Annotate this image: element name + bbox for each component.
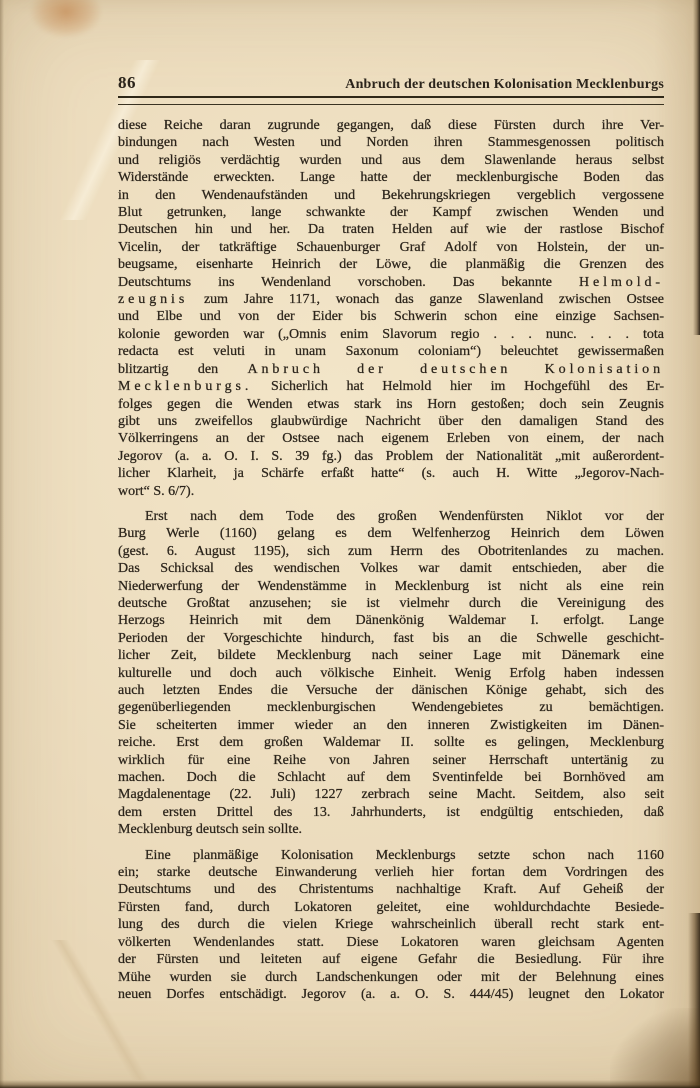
text-line: Perioden der Vorgeschichte hindurch, fas… — [118, 630, 664, 647]
text-line: lung des durch die vielen Kriege wahrsch… — [118, 916, 664, 933]
body-text: diese Reiche daran zugrunde gegangen, da… — [118, 117, 664, 1003]
text-run: Deutschtums ins Wendenland vorschoben. D… — [118, 275, 579, 290]
text-line: Jegorov (a. a. O. I. S. 39 fg.) das Prob… — [118, 448, 664, 465]
paragraph: Erst nach dem Tode des großen Wendenfürs… — [118, 508, 664, 839]
text-line: neuen Dorfes entschädigt. Jegorov (a. a.… — [118, 986, 664, 1003]
letterspaced-text-run: Anbruch der deutschen Kolonisation — [247, 362, 664, 377]
text-line: Niederwerfung der Wendenstämme in Meckle… — [118, 578, 664, 595]
text-line: reiche. Erst dem großen Waldemar II. sol… — [118, 734, 664, 751]
scan-edge-right-top — [693, 0, 700, 335]
text-line: diese Reiche daran zugrunde gegangen, da… — [118, 117, 664, 134]
text-run: (gest. 6. August 1195), sich zum Herrn d… — [118, 544, 664, 559]
page-number: 86 — [118, 73, 136, 93]
text-run: bindungen nach Westen und Norden ihren S… — [118, 135, 664, 150]
text-run: Das Schicksal des wendischen Volkes war … — [118, 561, 664, 576]
text-line: machen. Doch die Schlacht auf dem Sventi… — [118, 769, 664, 786]
text-run: und religiös verdächtig wurden und aus d… — [118, 153, 664, 168]
text-line: kolonie geworden war („Omnis enim Slavor… — [118, 326, 664, 343]
text-run: Perioden der Vorgeschichte hindurch, fas… — [118, 631, 664, 646]
text-run: redacta est veluti in unam Saxonum colon… — [118, 344, 664, 359]
text-line: gegenüberliegenden mecklenburgischen Wen… — [118, 699, 664, 716]
text-run: Mühe wurden sie durch Landschenkungen od… — [118, 970, 664, 985]
text-run: Deutschtums und des Christentums nachhal… — [118, 882, 664, 897]
text-line: Fürsten fand, durch Lokatoren geleitet, … — [118, 899, 664, 916]
paragraph: Eine planmäßige Kolonisation Mecklenburg… — [118, 847, 664, 1004]
text-run: Erst nach dem Tode des großen Wendenfürs… — [145, 509, 664, 524]
text-run: Niederwerfung der Wendenstämme in Meckle… — [118, 579, 664, 594]
letterspaced-text-run: Helmold- — [579, 275, 664, 290]
text-line: zeugnis zum Jahre 1171, wonach das ganze… — [118, 291, 664, 308]
text-run: deutsche Großtat anzusehen; sie ist viel… — [118, 596, 664, 611]
text-line: folges gegen die Wenden etwas stark ins … — [118, 396, 664, 413]
text-line: völkerten Wendenlandes statt. Diese Loka… — [118, 934, 664, 951]
text-run: Magdalenentage (22. Juli) 1227 zerbrach … — [118, 787, 664, 802]
text-line: Burg Werle (1160) gelang es dem Welfenhe… — [118, 525, 664, 542]
text-line: in den Wendenaufständen und Bekehrungskr… — [118, 187, 664, 204]
text-line: bindungen nach Westen und Norden ihren S… — [118, 134, 664, 151]
text-run: folges gegen die Wenden etwas stark ins … — [118, 397, 664, 412]
print-area: 86 Anbruch der deutschen Kolonisation Me… — [118, 73, 664, 1003]
text-run: Sie scheiterten immer wieder an den inne… — [118, 718, 664, 733]
text-run: machen. Doch die Schlacht auf dem Sventi… — [118, 770, 664, 785]
text-run: der Fürsten und leiteten auf eigene Gefa… — [118, 952, 664, 967]
text-run: zum Jahre 1171, wonach das ganze Slawenl… — [188, 292, 664, 307]
text-line: deutsche Großtat anzusehen; sie ist viel… — [118, 595, 664, 612]
text-run: licher Zeit, bildete Mecklenburg nach se… — [118, 648, 664, 663]
text-line: gibt uns zweifellos glaubwürdige Nachric… — [118, 413, 664, 430]
text-run: kolonie geworden war („Omnis enim Slavor… — [118, 327, 664, 342]
letterspaced-text-run: zeugnis — [118, 292, 188, 307]
text-line: wort“ S. 6/7). — [118, 483, 664, 500]
running-head: 86 Anbruch der deutschen Kolonisation Me… — [118, 73, 664, 93]
text-line: wirklich für eine Reihe von Jahren seine… — [118, 752, 664, 769]
text-line: Magdalenentage (22. Juli) 1227 zerbrach … — [118, 786, 664, 803]
text-line: und Elbe und von der Eider bis Schwerin … — [118, 308, 664, 325]
letterspaced-text-run: Mecklenburgs. — [118, 379, 252, 394]
text-run: wirklich für eine Reihe von Jahren seine… — [118, 753, 664, 768]
text-run: diese Reiche daran zugrunde gegangen, da… — [118, 118, 664, 133]
text-line: Vicelin, der tatkräftige Schauenburger G… — [118, 239, 664, 256]
text-line: Deutschtums und des Christentums nachhal… — [118, 881, 664, 898]
text-run: Vicelin, der tatkräftige Schauenburger G… — [118, 240, 664, 255]
text-run: Sicherlich hat Helmold hier im Hochgefüh… — [252, 379, 664, 394]
text-run: kulturelle und doch auch völkische Einhe… — [118, 666, 664, 681]
text-line: Blut getrunken, lange schwankte der Kamp… — [118, 204, 664, 221]
text-run: völkerten Wendenlandes statt. Diese Loka… — [118, 935, 664, 950]
text-run: Deutschen hin und her. Da traten Helden … — [118, 222, 664, 237]
text-line: redacta est veluti in unam Saxonum colon… — [118, 343, 664, 360]
text-run: neuen Dorfes entschädigt. Jegorov (a. a.… — [118, 987, 664, 1002]
text-run: Burg Werle (1160) gelang es dem Welfenhe… — [118, 526, 664, 541]
text-run: Eine planmäßige Kolonisation Mecklenburg… — [145, 848, 664, 863]
text-line: blitzartig den Anbruch der deutschen Kol… — [118, 361, 664, 378]
text-run: auch letzten Endes die Versuche der däni… — [118, 683, 664, 698]
text-line: Völkerringens an der Ostsee nach eigenem… — [118, 430, 664, 447]
paragraph: diese Reiche daran zugrunde gegangen, da… — [118, 117, 664, 500]
text-line: Mecklenburgs. Sicherlich hat Helmold hie… — [118, 378, 664, 395]
text-line: Sie scheiterten immer wieder an den inne… — [118, 717, 664, 734]
text-line: licher Klarheit, ja Schärfe erfaßt hatte… — [118, 465, 664, 482]
book-page-scan: 86 Anbruch der deutschen Kolonisation Me… — [0, 0, 700, 1088]
text-line: kulturelle und doch auch völkische Einhe… — [118, 665, 664, 682]
text-line: der Fürsten und leiteten auf eigene Gefa… — [118, 951, 664, 968]
text-line: beugsame, eisenharte Heinrich der Löwe, … — [118, 256, 664, 273]
text-line: ein; starke deutsche Einwanderung verlie… — [118, 864, 664, 881]
text-run: licher Klarheit, ja Schärfe erfaßt hatte… — [118, 466, 664, 481]
text-run: Fürsten fand, durch Lokatoren geleitet, … — [118, 900, 664, 915]
text-run: wort“ S. 6/7). — [118, 484, 194, 499]
scan-edge-right-bottom — [688, 913, 700, 1088]
scan-edge-bottom — [0, 1080, 700, 1088]
text-line: (gest. 6. August 1195), sich zum Herrn d… — [118, 543, 664, 560]
text-line: licher Zeit, bildete Mecklenburg nach se… — [118, 647, 664, 664]
text-run: lung des durch die vielen Kriege wahrsch… — [118, 917, 664, 932]
text-run: und Elbe und von der Eider bis Schwerin … — [118, 309, 664, 324]
text-line: Herzogs Heinrich mit dem Dänenkönig Wald… — [118, 612, 664, 629]
text-run: Mecklenburg deutsch sein sollte. — [118, 822, 302, 837]
text-line: Das Schicksal des wendischen Volkes war … — [118, 560, 664, 577]
text-run: Völkerringens an der Ostsee nach eigenem… — [118, 431, 664, 446]
text-line: Erst nach dem Tode des großen Wendenfürs… — [118, 508, 664, 525]
text-run: Widerstände erweckten. Lange hatte der m… — [118, 170, 664, 185]
text-line: Deutschtums ins Wendenland vorschoben. D… — [118, 274, 664, 291]
text-line: Widerstände erweckten. Lange hatte der m… — [118, 169, 664, 186]
text-line: auch letzten Endes die Versuche der däni… — [118, 682, 664, 699]
text-run: dem ersten Drittel des 13. Jahrhunderts,… — [118, 805, 664, 820]
text-run: Jegorov (a. a. O. I. S. 39 fg.) das Prob… — [118, 449, 664, 464]
text-line: Mühe wurden sie durch Landschenkungen od… — [118, 969, 664, 986]
text-run: Blut getrunken, lange schwankte der Kamp… — [118, 205, 664, 220]
text-run: gegenüberliegenden mecklenburgischen Wen… — [118, 700, 664, 715]
text-run: ein; starke deutsche Einwanderung verlie… — [118, 865, 664, 880]
text-run: Herzogs Heinrich mit dem Dänenkönig Wald… — [118, 613, 664, 628]
text-run: in den Wendenaufständen und Bekehrungskr… — [118, 188, 664, 203]
paper-stain — [30, 0, 102, 38]
text-run: reiche. Erst dem großen Waldemar II. sol… — [118, 735, 664, 750]
text-line: dem ersten Drittel des 13. Jahrhunderts,… — [118, 804, 664, 821]
text-line: Mecklenburg deutsch sein sollte. — [118, 821, 664, 838]
scan-corner-shadow — [610, 1008, 700, 1088]
text-run: beugsame, eisenharte Heinrich der Löwe, … — [118, 257, 664, 272]
running-title: Anbruch der deutschen Kolonisation Meckl… — [345, 77, 664, 93]
text-line: Deutschen hin und her. Da traten Helden … — [118, 221, 664, 238]
text-line: und religiös verdächtig wurden und aus d… — [118, 152, 664, 169]
text-run: blitzartig den — [118, 362, 247, 377]
text-run: gibt uns zweifellos glaubwürdige Nachric… — [118, 414, 664, 429]
header-double-rule — [118, 96, 664, 105]
text-line: Eine planmäßige Kolonisation Mecklenburg… — [118, 847, 664, 864]
scan-edge-left — [0, 0, 4, 1088]
